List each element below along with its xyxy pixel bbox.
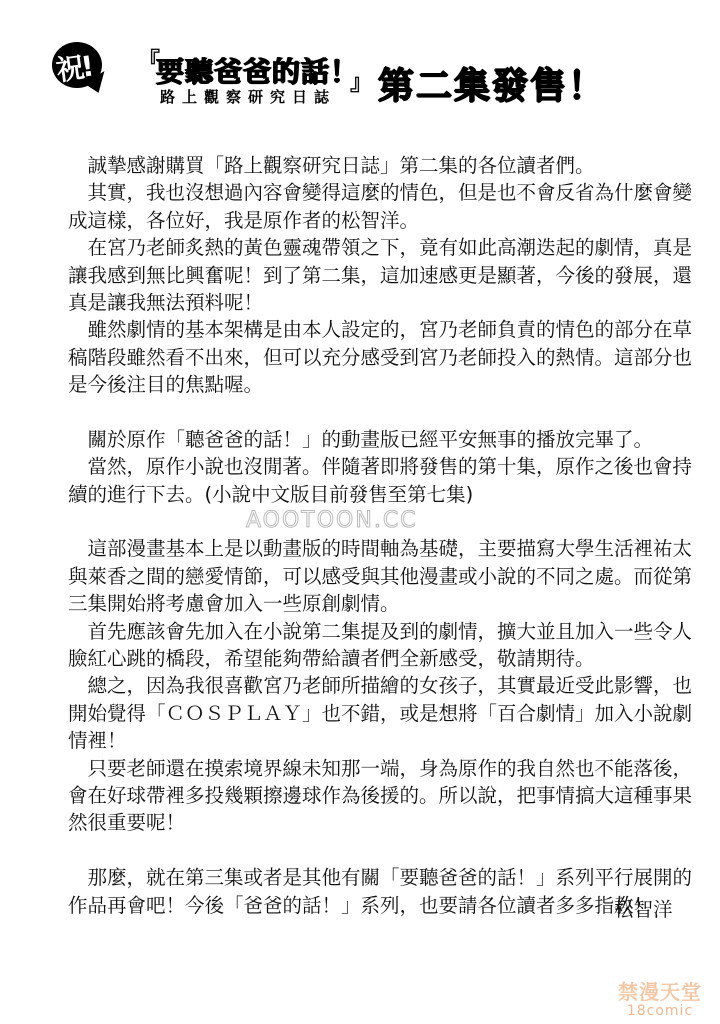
text-line: 誠摯感謝購買「路上觀察研究日誌」第二集的各位讀者們。 (68, 152, 688, 179)
text-line: 情裡！ (68, 727, 688, 754)
text-line: 是今後注目的焦點喔。 (68, 371, 688, 398)
text-line: 這部漫畫基本上是以動畫版的時間軸為基礎，主要描寫大學生活裡祐太 (68, 535, 688, 562)
watermark-corner-logo: 禁漫天堂 18comic (610, 976, 710, 1019)
text-line: 總之，因為我很喜歡宮乃老師所描繪的女孩子，其實最近受此影響，也 (68, 672, 688, 699)
text-line: 成這樣，各位好，我是原作者的松智洋。 (68, 207, 688, 234)
text-line: 會在好球帶裡多投幾顆擦邊球作為後援的。所以說，把事情搞大這種事果 (68, 782, 688, 809)
text-line: 然很重要呢！ (68, 809, 688, 836)
paragraph-spacer (68, 837, 688, 864)
text-line: 續的進行下去。(小說中文版目前發售至第七集) (68, 481, 688, 508)
text-line: 三集開始將考慮會加入一些原創劇情。 (68, 590, 688, 617)
text-line: 讓我感到無比興奮呢！到了第二集，這加速感更是顯著，今後的發展，還 (68, 262, 688, 289)
text-line: 真是讓我無法預料呢！ (68, 289, 688, 316)
text-line: 關於原作「聽爸爸的話！」的動畫版已經平安無事的播放完畢了。 (68, 426, 688, 453)
text-line: 開始覺得「ＣＯＳＰＬＡＹ」也不錯，或是想將「百合劇情」加入小說劇 (68, 700, 688, 727)
watermark-center: AOOTOON.CC (246, 508, 418, 533)
series-subtitle: 路上觀察研究日誌 (160, 86, 336, 107)
text-line: 雖然劇情的基本架構是由本人設定的，宮乃老師負責的情色的部分在草 (68, 316, 688, 343)
watermark-corner-en: 18comic (610, 1003, 710, 1019)
text-line: 當然，原作小說也沒閒著。伴隨著即將發售的第十集，原作之後也會持 (68, 453, 688, 480)
text-line: 只要老師還在摸索境界線未知那一端，身為原作的我自然也不能落後， (68, 755, 688, 782)
text-line: 稿階段雖然看不出來，但可以充分感受到宮乃老師投入的熱情。這部分也 (68, 344, 688, 371)
author-signature: 松智洋 (614, 894, 673, 922)
text-line: 在宮乃老師炙熱的黃色靈魂帶領之下，竟有如此高潮迭起的劇情，真是 (68, 234, 688, 261)
text-line: 與萊香之間的戀愛情節，可以感受與其他漫畫或小說的不同之處。而從第 (68, 563, 688, 590)
series-title: 要聽爸爸的話！ (156, 50, 359, 90)
watermark-corner-cn: 禁漫天堂 (610, 976, 710, 1005)
text-line: 其實，我也沒想過內容會變得這麼的情色，但是也不會反省為什麼會變 (68, 179, 688, 206)
page-header: 祝! 『 要聽爸爸的話！ 路上觀察研究日誌 』 第二集發售！ (0, 0, 720, 140)
badge-text: 祝! (53, 45, 93, 89)
afterword-body: 誠摯感謝購買「路上觀察研究日誌」第二集的各位讀者們。 其實，我也沒想過內容會變得… (68, 152, 688, 919)
text-line: 首先應該會先加入在小說第二集提及到的劇情，擴大並且加入一些令人 (68, 618, 688, 645)
paragraph-spacer (68, 399, 688, 426)
text-line: 作品再會吧！今後「爸爸的話！」系列，也要請各位讀者多多指教！ (68, 892, 688, 919)
text-line: 那麼，就在第三集或者是其他有關「要聽爸爸的話！」系列平行展開的 (68, 864, 688, 891)
text-line: 臉紅心跳的橋段，希望能夠帶給讀者們全新感受，敬請期待。 (68, 645, 688, 672)
announcement-title: 第二集發售！ (378, 58, 606, 109)
title-quote-close: 』 (350, 66, 372, 97)
